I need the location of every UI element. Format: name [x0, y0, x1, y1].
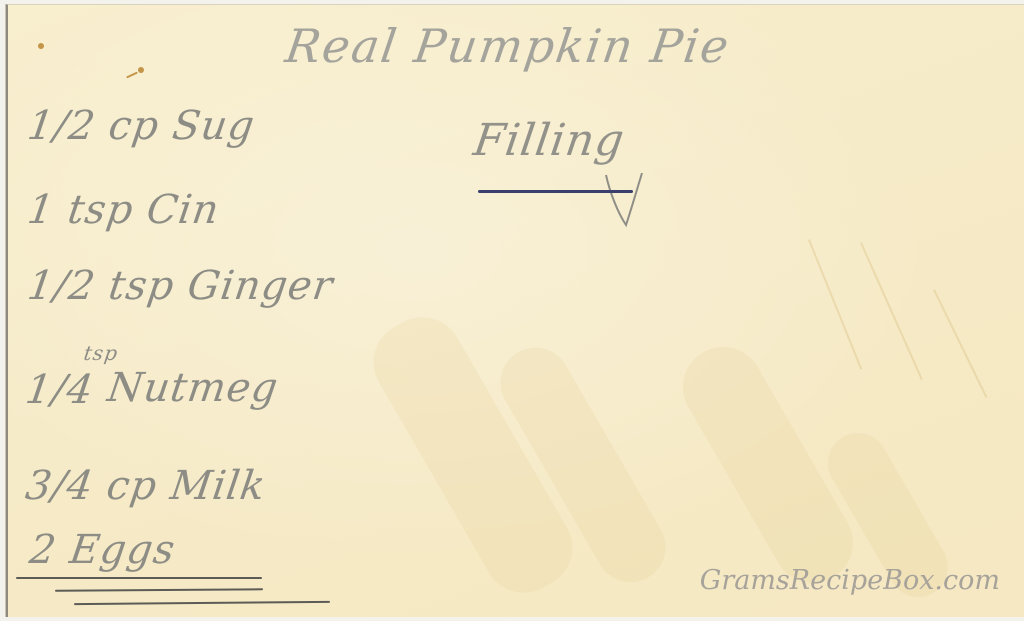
ink-spot — [138, 67, 144, 73]
paper-streak — [808, 239, 862, 370]
closing-underline — [74, 601, 330, 605]
site-watermark: GramsRecipeBox.com — [700, 565, 1000, 596]
recipe-subtitle: Filling — [470, 115, 627, 166]
ingredient-line: 1/4 — [23, 367, 97, 413]
ink-spot — [126, 72, 138, 79]
ink-spot — [38, 43, 44, 49]
recipe-title: Real Pumpkin Pie — [282, 19, 734, 73]
ingredient-line: Nutmeg — [105, 365, 282, 411]
paper-streak — [933, 289, 987, 398]
paper-streak — [860, 242, 923, 380]
closing-underline — [55, 588, 263, 591]
subtitle-underline — [478, 190, 633, 193]
closing-underline — [16, 577, 262, 579]
ingredient-line: 3/4 cp Milk — [23, 463, 269, 509]
ingredient-line: 1/2 cp Sug — [25, 103, 258, 149]
recipe-card: Real Pumpkin Pie Filling 1/2 cp Sug 1 ts… — [6, 4, 1024, 617]
checkmark-stroke — [604, 173, 644, 233]
ingredient-line: 2 Eggs — [27, 527, 179, 573]
ingredient-line: 1 tsp Cin — [25, 187, 223, 233]
ingredient-line: 1/2 tsp Ginger — [25, 263, 336, 309]
superscript-note: tsp — [82, 341, 119, 365]
